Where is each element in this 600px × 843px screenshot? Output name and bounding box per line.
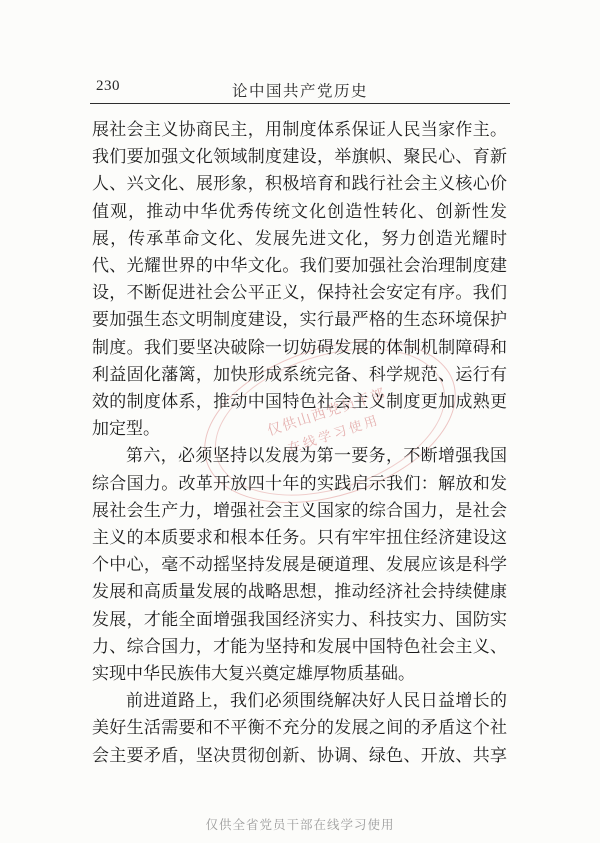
text-line: 前进道路上，我们必须围绕解决好人民日益增长的 [92, 687, 507, 714]
page-header: 230 论中国共产党历史 [90, 78, 510, 100]
text-line: 利益固化藩篱，加快形成系统完备、科学规范、运行有 [92, 361, 507, 388]
text-line: 会主要矛盾，坚决贯彻创新、协调、绿色、开放、共享 [92, 742, 507, 769]
text-line: 效的制度体系，推动中国特色社会主义制度更加成熟更 [92, 388, 507, 415]
running-head-title: 论中国共产党历史 [90, 79, 510, 101]
text-line: 实现中华民族伟大复兴奠定雄厚物质基础。 [92, 660, 507, 687]
book-page: 230 论中国共产党历史 仅供山西党员干部 在线学习使用 展社会主义协商民主，用… [0, 0, 600, 843]
text-line: 展社会主义协商民主，用制度体系保证人民当家作主。 [92, 116, 507, 143]
text-line: 制度。我们要坚决破除一切妨碍发展的体制机制障碍和 [92, 334, 507, 361]
footer-usage-notice: 仅供全省党员干部在线学习使用 [0, 815, 600, 833]
body-text-block: 展社会主义协商民主，用制度体系保证人民当家作主。 我们要加强文化领域制度建设，举… [92, 116, 507, 769]
text-line: 我们要加强文化领域制度建设，举旗帜、聚民心、育新 [92, 143, 507, 170]
text-line: 发展，才能全面增强我国经济实力、科技实力、国防实 [92, 606, 507, 633]
text-line: 设，不断促进社会公平正义，保持社会安定有序。我们 [92, 279, 507, 306]
text-line: 个中心，毫不动摇坚持发展是硬道理、发展应该是科学 [92, 551, 507, 578]
text-line: 代、光耀世界的中华文化。我们要加强社会治理制度建 [92, 252, 507, 279]
text-line: 综合国力。改革开放四十年的实践启示我们：解放和发 [92, 470, 507, 497]
text-line: 要加强生态文明制度建设，实行最严格的生态环境保护 [92, 306, 507, 333]
text-line: 力、综合国力，才能为坚持和发展中国特色社会主义、 [92, 633, 507, 660]
text-line: 发展和高质量发展的战略思想，推动经济社会持续健康 [92, 578, 507, 605]
text-line: 第六，必须坚持以发展为第一要务，不断增强我国 [92, 442, 507, 469]
text-line: 加定型。 [92, 415, 507, 442]
text-line: 值观，推动中华优秀传统文化创造性转化、创新性发 [92, 198, 507, 225]
text-line: 展，传承革命文化、发展先进文化，努力创造光耀时 [92, 225, 507, 252]
header-divider-line [90, 103, 510, 104]
text-line: 主义的本质要求和根本任务。只有牢牢扭住经济建设这 [92, 524, 507, 551]
text-line: 人、兴文化、展形象，积极培育和践行社会主义核心价 [92, 170, 507, 197]
text-line: 展社会生产力，增强社会主义国家的综合国力，是社会 [92, 497, 507, 524]
text-line: 美好生活需要和不平衡不充分的发展之间的矛盾这个社 [92, 714, 507, 741]
